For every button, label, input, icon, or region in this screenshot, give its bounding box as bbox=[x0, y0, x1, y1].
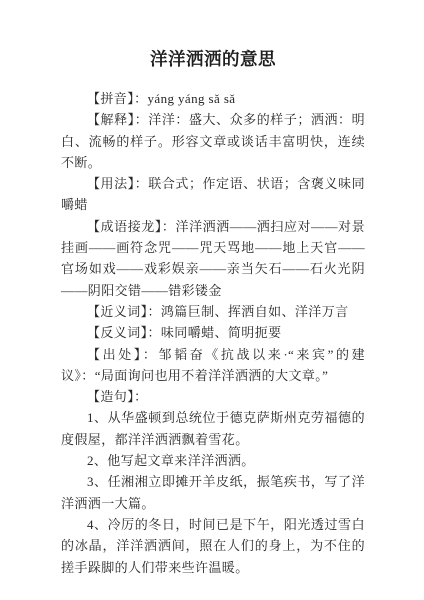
paragraph: 1、从华盛顿到总统位于德克萨斯州克劳福德的度假屋，都洋洋洒洒飘着雪花。 bbox=[61, 407, 365, 450]
paragraph: 【用法】：联合式；作定语、状语；含褒义味同嚼蜡 bbox=[61, 173, 365, 216]
paragraph: 4、冷厉的冬日，时间已是下午，阳光透过雪白的冰晶，洋洋洒洒间，照在人们的身上，为… bbox=[61, 514, 365, 578]
paragraph: 2、他写起文章来洋洋洒洒。 bbox=[61, 450, 365, 471]
paragraph: 【出处】：邹韬奋《抗战以来·“来宾”的建议》：“局面询问也用不着洋洋洒洒的大文章… bbox=[61, 344, 365, 387]
paragraph: 【解释】：洋洋：盛大、众多的样子；洒洒：明白、流畅的样子。形容文章或谈话丰富明快… bbox=[61, 109, 365, 173]
paragraph: 【反义词】：味同嚼蜡、简明扼要 bbox=[61, 322, 365, 343]
document-page: 洋洋洒洒的意思 【拼音】：yáng yáng sǎ sǎ【解释】：洋洋：盛大、众… bbox=[0, 0, 424, 600]
paragraph: 3、任湘湘立即摊开羊皮纸，振笔疾书，写了洋洋洒洒一大篇。 bbox=[61, 471, 365, 514]
paragraph: 【成语接龙】：洋洋洒洒——洒扫应对——对景挂画——画符念咒——咒天骂地——地上天… bbox=[61, 216, 365, 301]
paragraph: 【近义词】：鸿篇巨制、挥洒自如、洋洋万言 bbox=[61, 301, 365, 322]
page-title: 洋洋洒洒的意思 bbox=[61, 46, 365, 72]
paragraph: 【拼音】：yáng yáng sǎ sǎ bbox=[61, 88, 365, 109]
paragraph: 【造句】： bbox=[61, 386, 365, 407]
document-body: 【拼音】：yáng yáng sǎ sǎ【解释】：洋洋：盛大、众多的样子；洒洒：… bbox=[61, 88, 365, 578]
